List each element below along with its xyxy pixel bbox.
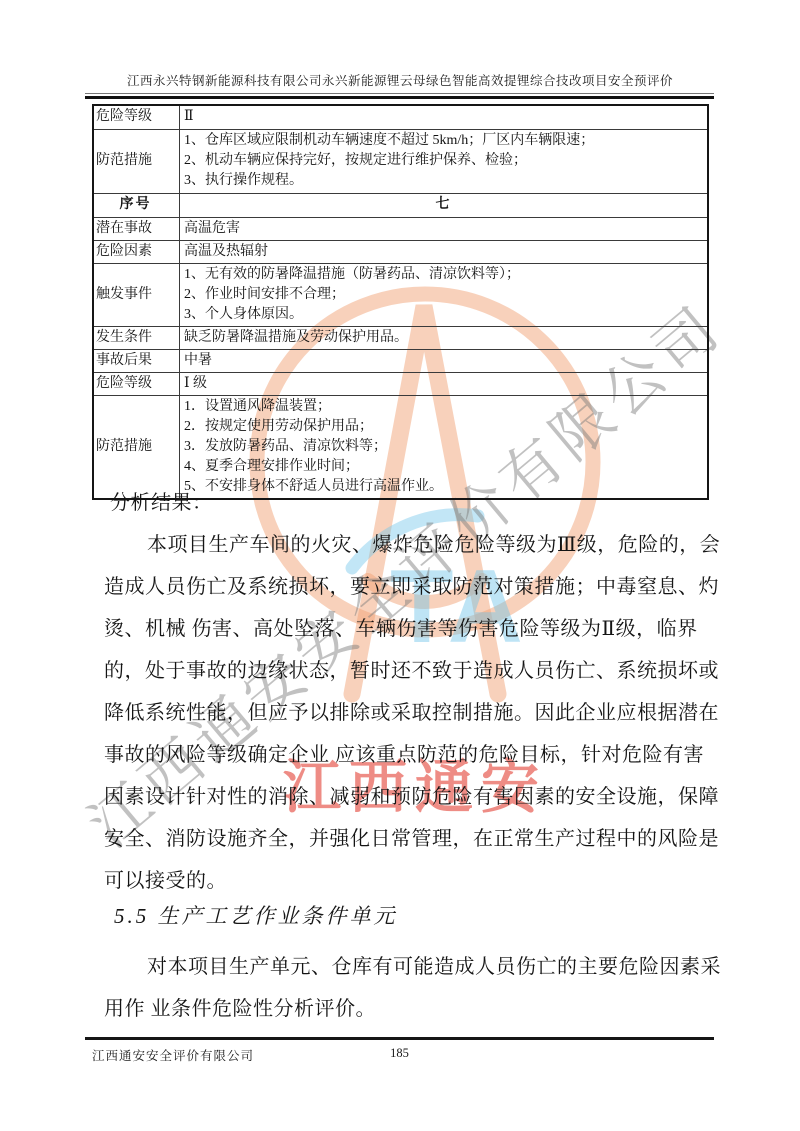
row-label: 危险等级 xyxy=(93,105,180,129)
row-value: Ⅰ 级 xyxy=(180,372,709,395)
row-label: 触发事件 xyxy=(93,263,180,326)
footer-company-name: 江西通安安全评价有限公司 xyxy=(92,1046,254,1064)
footer-divider xyxy=(85,1037,714,1040)
row-value: 缺乏防暑降温措施及劳动保护用品。 xyxy=(180,326,709,349)
analysis-line: 事故的风险等级确定企业 应该重点防范的危险目标，针对危险有害 xyxy=(104,734,716,776)
analysis-result-paragraph: 分析结果： 本项目生产车间的火灾、爆炸危险危险等级为Ⅲ级，危险的，会 造成人员伤… xyxy=(104,482,716,902)
table-row: 事故后果 中暑 xyxy=(93,349,708,372)
risk-analysis-table: 危险等级 Ⅱ 防范措施 1、仓库区域应限制机动车辆速度不超过 5km/h；厂区内… xyxy=(92,104,709,500)
header-divider xyxy=(85,93,714,99)
analysis-line: 因素设计针对性的消除、减弱和预防危险有害因素的安全设施，保障 xyxy=(104,776,716,818)
row-value: 高温及热辐射 xyxy=(180,240,709,263)
analysis-line: 安全、消防设施齐全，并强化日常管理，在正常生产过程中的风险是 xyxy=(104,818,716,860)
analysis-line: 造成人员伤亡及系统损坏，要立即采取防范对策措施；中毒窒息、灼 xyxy=(104,566,716,608)
table-row: 危险因素 高温及热辐射 xyxy=(93,240,708,263)
table-row: 发生条件 缺乏防暑降温措施及劳动保护用品。 xyxy=(93,326,708,349)
row-value: 中暑 xyxy=(180,349,709,372)
row-label: 潜在事故 xyxy=(93,217,180,240)
document-page: TA 江西通安安全评价有限公司 江西通安 江西永兴特钢新能源科技有限公司永兴新能… xyxy=(0,0,800,1131)
table-row: 防范措施 1、仓库区域应限制机动车辆速度不超过 5km/h；厂区内车辆限速； 2… xyxy=(93,129,708,193)
table-row: 潜在事故 高温危害 xyxy=(93,217,708,240)
row-label: 事故后果 xyxy=(93,349,180,372)
row-label: 发生条件 xyxy=(93,326,180,349)
analysis-line: 烫、机械 伤害、高处坠落、车辆伤害等伤害危险等级为Ⅱ级，临界 xyxy=(104,608,716,650)
row-label: 危险因素 xyxy=(93,240,180,263)
analysis-heading: 分析结果： xyxy=(104,482,716,524)
section-heading-5-5: 5.5 生产工艺作业条件单元 xyxy=(114,900,614,930)
row-value: Ⅱ xyxy=(180,105,709,129)
analysis-line: 可以接受的。 xyxy=(104,860,716,902)
row-label: 序号 xyxy=(93,193,180,217)
table-row: 触发事件 1、无有效的防暑降温措施（防暑药品、清凉饮料等）； 2、作业时间安排不… xyxy=(93,263,708,326)
row-value: 七 xyxy=(180,193,709,217)
section-paragraph: 对本项目生产单元、仓库有可能造成人员伤亡的主要危险因素采 用作 业条件危险性分析… xyxy=(104,946,716,1030)
table-row: 序号 七 xyxy=(93,193,708,217)
row-label: 危险等级 xyxy=(93,372,180,395)
table-row: 危险等级 Ⅰ 级 xyxy=(93,372,708,395)
row-value: 1、无有效的防暑降温措施（防暑药品、清凉饮料等）； 2、作业时间安排不合理； 3… xyxy=(180,263,709,326)
table-row: 危险等级 Ⅱ xyxy=(93,105,708,129)
analysis-line: 的，处于事故的边缘状态，暂时还不致于造成人员伤亡、系统损坏或 xyxy=(104,650,716,692)
row-label: 防范措施 xyxy=(93,129,180,193)
analysis-line: 降低系统性能，但应予以排除或采取控制措施。因此企业应根据潜在 xyxy=(104,692,716,734)
paragraph-line: 用作 业条件危险性分析评价。 xyxy=(104,988,716,1030)
paragraph-line: 对本项目生产单元、仓库有可能造成人员伤亡的主要危险因素采 xyxy=(104,946,716,988)
row-value: 高温危害 xyxy=(180,217,709,240)
row-value: 1、仓库区域应限制机动车辆速度不超过 5km/h；厂区内车辆限速； 2、机动车辆… xyxy=(180,129,709,193)
analysis-line: 本项目生产车间的火灾、爆炸危险危险等级为Ⅲ级，危险的，会 xyxy=(104,524,716,566)
page-header-title: 江西永兴特钢新能源科技有限公司永兴新能源锂云母绿色智能高效提锂综合技改项目安全预… xyxy=(0,71,800,89)
